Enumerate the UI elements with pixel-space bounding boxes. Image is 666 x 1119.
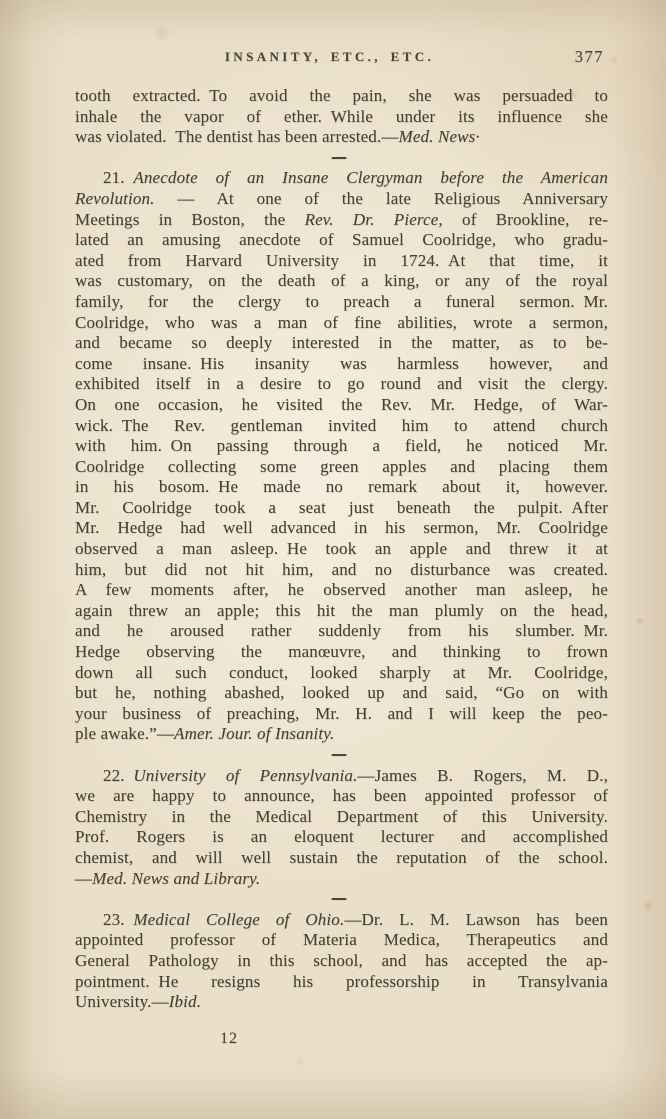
body-text: with him. On passing through a field, he… (75, 436, 608, 455)
body-text: inhale the vapor of ether. While under i… (75, 107, 608, 126)
italic-text: Anecdote of an Insane Clergyman before t… (133, 168, 608, 187)
text-line: Mr. Hedge had well advanced in his sermo… (75, 518, 608, 539)
text-line: inhale the vapor of ether. While under i… (75, 107, 608, 128)
body-text: chemist, and will well sustain the reput… (75, 848, 608, 867)
body-text: in his bosom. He made no remark about it… (75, 477, 608, 496)
body-text: appointed professor of Materia Medica, T… (75, 930, 608, 949)
body-text: observed a man asleep. He took an apple … (75, 539, 608, 558)
text-line: tooth extracted. To avoid the pain, she … (75, 86, 608, 107)
body-text: — (75, 869, 92, 888)
body-text: Coolridge, who was a man of fine abiliti… (75, 313, 608, 332)
page-body: tooth extracted. To avoid the pain, she … (75, 86, 608, 1013)
body-text: General Pathology in this school, and ha… (75, 951, 608, 970)
text-line: with him. On passing through a field, he… (75, 436, 608, 457)
running-head: INSANITY, ETC., ETC. 377 (75, 49, 608, 69)
body-text: Chemistry in the Medical Department of t… (75, 807, 608, 826)
body-text: ple awake.”— (75, 724, 174, 743)
text-line: and became so deeply interested in the m… (75, 333, 608, 354)
italic-text: Med. News and Library. (92, 869, 260, 888)
italic-text: Medical College of Ohio. (133, 910, 344, 929)
text-line: appointed professor of Materia Medica, T… (75, 930, 608, 951)
italic-text: Amer. Jour. of Insanity. (174, 724, 334, 743)
body-text: Mr. Hedge had well advanced in his sermo… (75, 518, 608, 537)
text-line: down all such conduct, looked sharply at… (75, 663, 608, 684)
body-text: A few moments after, he observed another… (75, 580, 608, 599)
section-divider (75, 148, 608, 169)
text-line: Coolridge collecting some green apples a… (75, 457, 608, 478)
text-line: him, but did not hit him, and no disturb… (75, 560, 608, 581)
body-text: Coolridge collecting some green apples a… (75, 457, 608, 476)
body-text: , of Brookline, re- (438, 210, 608, 229)
body-text: was customary, on the death of a king, o… (75, 271, 608, 290)
signature-mark: 12 (220, 1030, 238, 1048)
body-text: — At one of the late Religious Anniversa… (155, 189, 608, 208)
text-line: was customary, on the death of a king, o… (75, 271, 608, 292)
text-line: General Pathology in this school, and ha… (75, 951, 608, 972)
text-line: Chemistry in the Medical Department of t… (75, 807, 608, 828)
text-line: A few moments after, he observed another… (75, 580, 608, 601)
body-text: and became so deeply interested in the m… (75, 333, 608, 352)
section-divider (75, 889, 608, 910)
text-line: observed a man asleep. He took an apple … (75, 539, 608, 560)
italic-text: Revolution. (75, 189, 155, 208)
body-text: —Dr. L. M. Lawson has been (344, 910, 608, 929)
italic-text: Ibid. (169, 992, 201, 1011)
body-text: and he aroused rather suddenly from his … (75, 621, 608, 640)
body-text: University.— (75, 992, 169, 1011)
text-line: family, for the clergy to preach a funer… (75, 292, 608, 313)
scanned-book-page: INSANITY, ETC., ETC. 377 tooth extracted… (0, 0, 666, 1119)
body-text: down all such conduct, looked sharply at… (75, 663, 608, 682)
body-text: was violated. The dentist has been arres… (75, 127, 399, 146)
body-text: we are happy to announce, has been appoi… (75, 786, 608, 805)
italic-text: Med. News· (399, 127, 480, 146)
body-text: tooth extracted. To avoid the pain, she … (75, 86, 608, 105)
paragraph-item-23: 23. Medical College of Ohio.—Dr. L. M. L… (75, 910, 608, 1013)
body-text: pointment. He resigns his professorship … (75, 972, 608, 991)
body-text: Mr. Coolridge took a seat just beneath t… (75, 498, 608, 517)
body-text: lated an amusing anecdote of Samuel Cool… (75, 230, 608, 249)
italic-text: University of Pennsylvania. (133, 766, 357, 785)
text-line: Prof. Rogers is an eloquent lecturer and… (75, 827, 608, 848)
body-text: wick. The Rev. gentleman invited him to … (75, 416, 608, 435)
body-text: ated from Harvard University in 1724. At… (75, 251, 608, 270)
body-text: Prof. Rogers is an eloquent lecturer and… (75, 827, 608, 846)
text-line: lated an amusing anecdote of Samuel Cool… (75, 230, 608, 251)
text-line: ple awake.”—Amer. Jour. of Insanity. (75, 724, 608, 745)
text-line: was violated. The dentist has been arres… (75, 127, 608, 148)
text-line: and he aroused rather suddenly from his … (75, 621, 608, 642)
body-text: your business of preaching, Mr. H. and I… (75, 704, 608, 723)
body-text: —James B. Rogers, M. D., (357, 766, 608, 785)
text-line: 21. Anecdote of an Insane Clergyman befo… (75, 168, 608, 189)
body-text: Hedge observing the manœuvre, and thinki… (75, 642, 608, 661)
body-text: come insane. His insanity was harmless h… (75, 354, 608, 373)
body-text: 21. (103, 168, 133, 187)
page-number: 377 (575, 47, 604, 67)
text-line: Hedge observing the manœuvre, and thinki… (75, 642, 608, 663)
paragraph-continuation: tooth extracted. To avoid the pain, she … (75, 86, 608, 148)
text-line: ated from Harvard University in 1724. At… (75, 251, 608, 272)
running-title: INSANITY, ETC., ETC. (63, 49, 596, 65)
text-line: Mr. Coolridge took a seat just beneath t… (75, 498, 608, 519)
body-text: On one occasion, he visited the Rev. Mr.… (75, 395, 608, 414)
body-text: Meetings in Boston, the (75, 210, 305, 229)
text-line: exhibited itself in a desire to go round… (75, 374, 608, 395)
body-text: him, but did not hit him, and no disturb… (75, 560, 608, 579)
text-line: —Med. News and Library. (75, 869, 608, 890)
text-line: pointment. He resigns his professorship … (75, 972, 608, 993)
text-line: Coolridge, who was a man of fine abiliti… (75, 313, 608, 334)
text-line: On one occasion, he visited the Rev. Mr.… (75, 395, 608, 416)
paragraph-item-22: 22. University of Pennsylvania.—James B.… (75, 766, 608, 890)
paragraph-item-21: 21. Anecdote of an Insane Clergyman befo… (75, 168, 608, 745)
body-text: family, for the clergy to preach a funer… (75, 292, 608, 311)
text-line: again threw an apple; this hit the man p… (75, 601, 608, 622)
text-line: Revolution. — At one of the late Religio… (75, 189, 608, 210)
text-line: University.—Ibid. (75, 992, 608, 1013)
divider-dash (331, 898, 346, 900)
body-text: 22. (103, 766, 133, 785)
section-divider (75, 745, 608, 766)
text-line: your business of preaching, Mr. H. and I… (75, 704, 608, 725)
text-line: come insane. His insanity was harmless h… (75, 354, 608, 375)
divider-dash (331, 157, 346, 159)
italic-text: Rev. Dr. Pierce (305, 210, 439, 229)
text-line: 23. Medical College of Ohio.—Dr. L. M. L… (75, 910, 608, 931)
body-text: 23. (103, 910, 133, 929)
text-line: in his bosom. He made no remark about it… (75, 477, 608, 498)
text-line: chemist, and will well sustain the reput… (75, 848, 608, 869)
text-line: we are happy to announce, has been appoi… (75, 786, 608, 807)
text-line: 22. University of Pennsylvania.—James B.… (75, 766, 608, 787)
body-text: again threw an apple; this hit the man p… (75, 601, 608, 620)
text-line: Meetings in Boston, the Rev. Dr. Pierce,… (75, 210, 608, 231)
text-line: wick. The Rev. gentleman invited him to … (75, 416, 608, 437)
body-text: exhibited itself in a desire to go round… (75, 374, 608, 393)
body-text: but he, nothing abashed, looked up and s… (75, 683, 608, 702)
text-line: but he, nothing abashed, looked up and s… (75, 683, 608, 704)
divider-dash (331, 754, 346, 756)
